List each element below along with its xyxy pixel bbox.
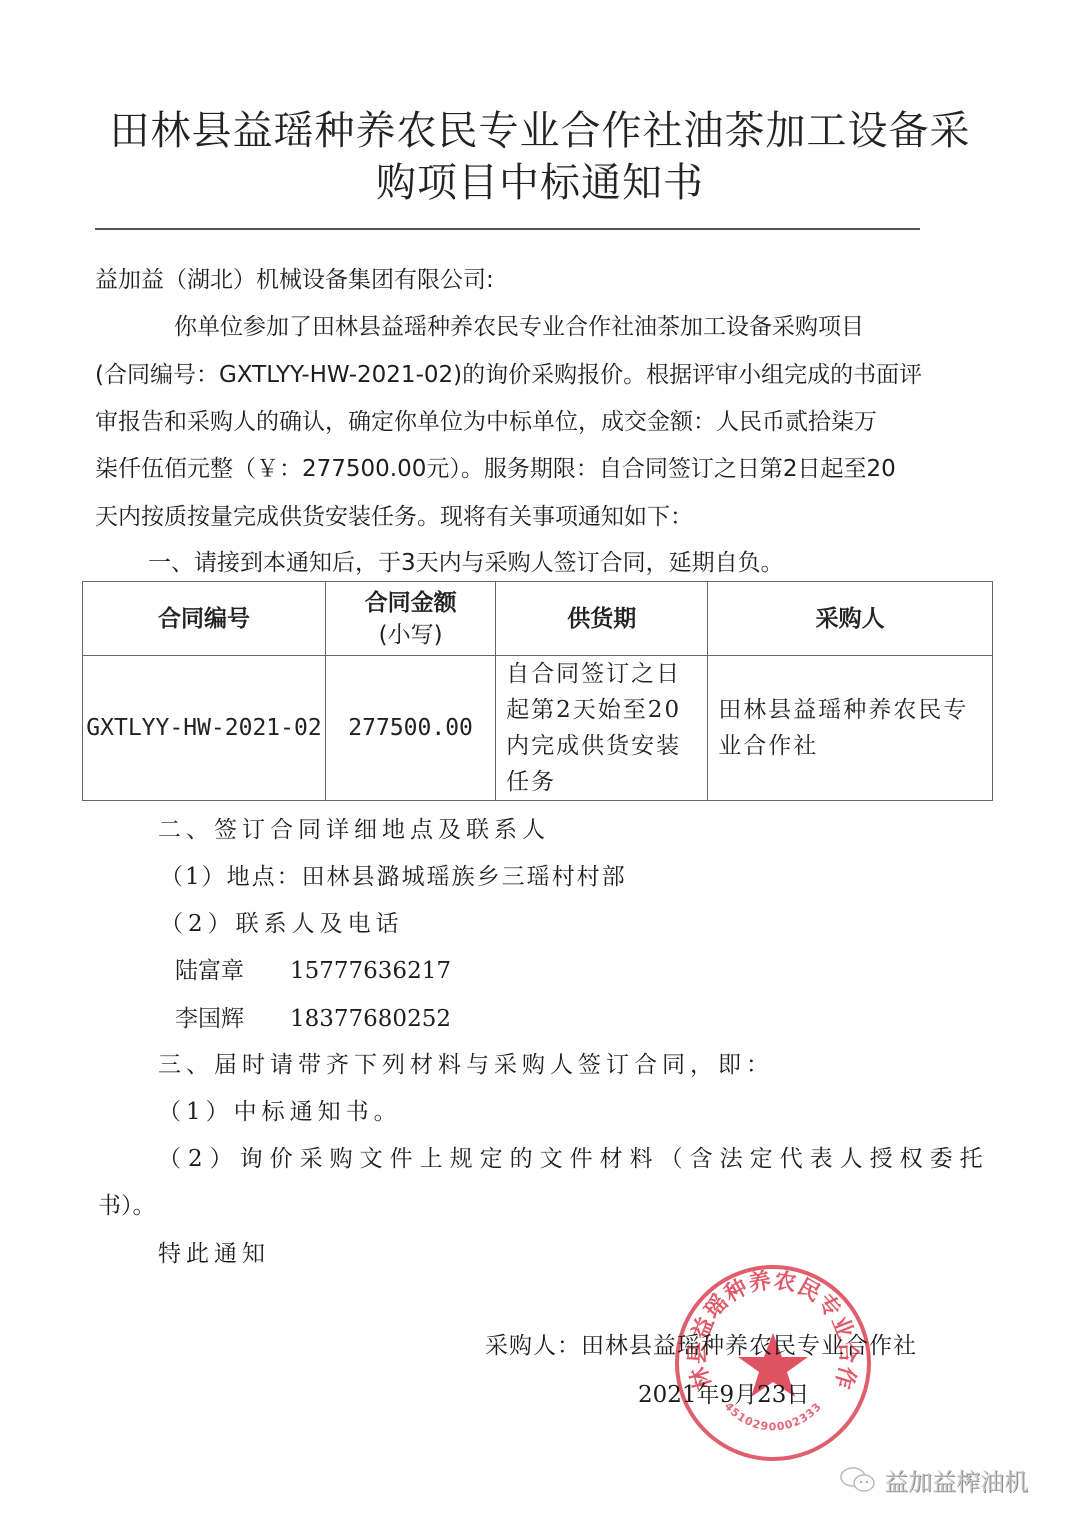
period-line: 起第2天始至20 <box>506 692 707 728</box>
addressee: 益加益（湖北）机械设备集团有限公司: <box>95 265 494 295</box>
cell-amount: 277500.00 <box>326 656 496 801</box>
item-3-sub-2-cont: 书）。 <box>98 1191 156 1221</box>
closing: 特此通知 <box>158 1239 270 1269</box>
cell-buyer: 田林县益瑶种养农民专 业合作社 <box>708 656 993 801</box>
item-1: 一、请接到本通知后，于3天内与采购人签订合同，延期自负。 <box>148 548 784 578</box>
contact-name: 李国辉 <box>175 1004 244 1034</box>
signer: 采购人：田林县益瑶种养农民专业合作社 <box>485 1331 917 1361</box>
body-line-1: 你单位参加了田林县益瑶种养农民专业合作社油茶加工设备采购项目 <box>174 312 864 342</box>
header-contract-no: 合同编号 <box>83 582 326 656</box>
signing-date: 2021年9月23日 <box>638 1380 809 1410</box>
watermark-text: 益加益榨油机 <box>884 1462 1028 1497</box>
document-title-line2: 购项目中标通知书 <box>0 155 1080 211</box>
item-3: 三、届时请带齐下列材料与采购人签订合同，即： <box>158 1050 774 1080</box>
header-amount: 合同金额 (小写) <box>326 582 496 656</box>
item-3-sub-1: （1）中标通知书。 <box>158 1097 402 1127</box>
period-line: 任务 <box>506 764 707 800</box>
contact-phone: 18377680252 <box>290 1004 451 1034</box>
body-line-4: 柒仟伍佰元整（￥：277500.00元）。服务期限：自合同签订之日第2日起至20 <box>95 454 896 484</box>
wechat-icon <box>838 1465 878 1495</box>
cell-contract-no: GXTLYY-HW-2021-02 <box>83 656 326 801</box>
header-amount-line1: 合同金额 <box>326 587 495 619</box>
period-line: 自合同签订之日 <box>506 656 707 692</box>
notice-page: 田林县益瑶种养农民专业合作社油茶加工设备采 购项目中标通知书 益加益（湖北）机械… <box>0 0 1080 1526</box>
buyer-line: 田林县益瑶种养农民专 <box>718 692 992 728</box>
header-amount-line2: (小写) <box>326 619 495 651</box>
item-2-contact-heading: （2）联系人及电话 <box>160 909 404 939</box>
table-row: GXTLYY-HW-2021-02 277500.00 自合同签订之日 起第2天… <box>83 656 993 801</box>
item-3-sub-2: （2）询价采购文件上规定的文件材料（含法定代表人授权委托 <box>158 1144 990 1174</box>
body-line-5: 天内按质按量完成供货安装任务。现将有关事项通知如下： <box>95 502 693 532</box>
contract-table: 合同编号 合同金额 (小写) 供货期 采购人 GXTLYY-HW-2021-02… <box>82 581 993 801</box>
item-2-location: （1）地点：田林县潞城瑶族乡三瑶村村部 <box>160 862 627 892</box>
cell-supply-period: 自合同签订之日 起第2天始至20 内完成供货安装 任务 <box>496 656 708 801</box>
header-buyer: 采购人 <box>708 582 993 656</box>
watermark: 益加益榨油机 <box>838 1462 1028 1497</box>
period-line: 内完成供货安装 <box>506 728 707 764</box>
item-2: 二、签订合同详细地点及联系人 <box>158 815 550 845</box>
official-seal: 田林县益瑶种养农民专业合作社 4510290002333 <box>675 1265 871 1461</box>
seal-star-icon: 田林县益瑶种养农民专业合作社 4510290002333 <box>679 1269 867 1457</box>
title-divider <box>95 228 920 230</box>
table-header-row: 合同编号 合同金额 (小写) 供货期 采购人 <box>83 582 993 656</box>
document-title-line1: 田林县益瑶种养农民专业合作社油茶加工设备采 <box>0 103 1080 159</box>
buyer-line: 业合作社 <box>718 728 992 764</box>
body-line-3: 审报告和采购人的确认，确定你单位为中标单位，成交金额：人民币贰拾柒万 <box>95 407 877 437</box>
contact-phone: 15777636217 <box>290 956 451 986</box>
contact-name: 陆富章 <box>175 956 244 986</box>
body-line-2: (合同编号：GXTLYY-HW-2021-02)的询价采购报价。根据评审小组完成… <box>95 360 922 390</box>
header-supply-period: 供货期 <box>496 582 708 656</box>
